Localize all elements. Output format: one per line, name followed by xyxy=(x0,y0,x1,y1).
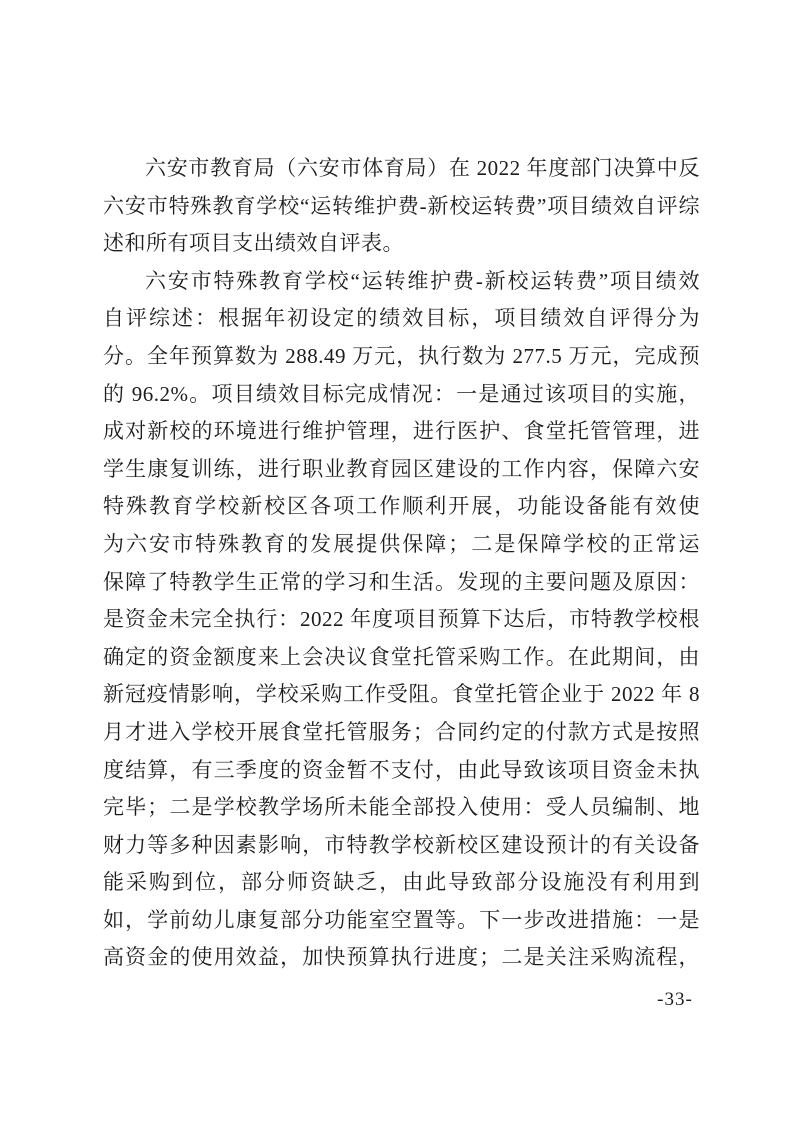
text-line: 六安市特殊教育学校“运转维护费-新校运转费”项目绩效自评综 xyxy=(103,188,700,226)
text-line: 新冠疫情影响，学校采购工作受阻。食堂托管企业于 2022 年 8 xyxy=(103,676,700,714)
text-line: 为六安市特殊教育的发展提供保障；二是保障学校的正常运转， xyxy=(103,526,700,564)
body-text: 六安市教育局（六安市体育局）在 2022 年度部门决算中反映六安市特殊教育学校“… xyxy=(103,150,700,977)
text-line: 确定的资金额度来上会决议食堂托管采购工作。在此期间，由于 xyxy=(103,639,700,677)
text-line: 完毕；二是学校教学场所未能全部投入使用：受人员编制、地方 xyxy=(103,789,700,827)
text-line: 述和所有项目支出绩效自评表。 xyxy=(103,225,700,263)
text-line: 自评综述：根据年初设定的绩效目标，项目绩效自评得分为 89.2 xyxy=(103,300,700,338)
text-line: 是资金未完全执行：2022 年度项目预算下达后，市特教学校根据 xyxy=(103,601,700,639)
text-line: 财力等多种因素影响，市特教学校新校区建设预计的有关设备没 xyxy=(103,827,700,865)
text-line: 分。全年预算数为 288.49 万元，执行数为 277.5 万元，完成预算 xyxy=(103,338,700,376)
text-line: 成对新校的环境进行维护管理，进行医护、食堂托管管理，进行 xyxy=(103,413,700,451)
text-line: 如，学前幼儿康复部分功能室空置等。下一步改进措施：一是提 xyxy=(103,902,700,940)
text-line: 的 96.2%。项目绩效目标完成情况：一是通过该项目的实施，完 xyxy=(103,376,700,414)
text-line: 学生康复训练，进行职业教育园区建设的工作内容，保障六安市 xyxy=(103,451,700,489)
text-line: 能采购到位，部分师资缺乏，由此导致部分设施没有利用到位。 xyxy=(103,864,700,902)
page-number: -33- xyxy=(595,986,755,1014)
text-line: 高资金的使用效益，加快预算执行进度；二是关注采购流程，配 xyxy=(103,939,700,977)
text-line: 月才进入学校开展食堂托管服务；合同约定的付款方式是按照季 xyxy=(103,714,700,752)
text-line: 保障了特教学生正常的学习和生活。发现的主要问题及原因：一 xyxy=(103,564,700,602)
text-line: 特殊教育学校新校区各项工作顺利开展，功能设备能有效使用， xyxy=(103,488,700,526)
document-page: 六安市教育局（六安市体育局）在 2022 年度部门决算中反映六安市特殊教育学校“… xyxy=(0,0,793,1122)
text-line: 六安市特殊教育学校“运转维护费-新校运转费”项目绩效 xyxy=(103,263,700,301)
text-line: 度结算，有三季度的资金暂不支付，由此导致该项目资金未执行 xyxy=(103,752,700,790)
text-line: 六安市教育局（六安市体育局）在 2022 年度部门决算中反映 xyxy=(103,150,700,188)
